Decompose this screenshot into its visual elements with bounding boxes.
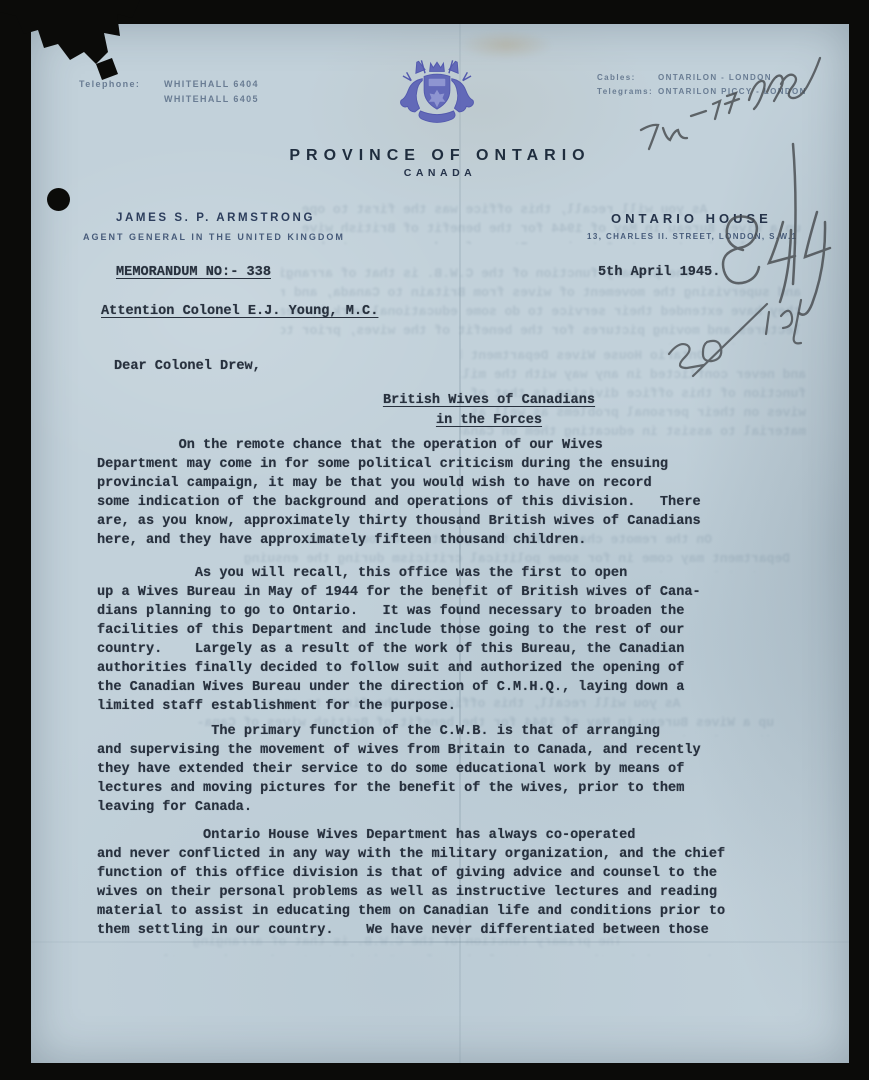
torn-corner bbox=[0, 0, 300, 140]
handwritten-note-filed bbox=[641, 58, 820, 149]
letter-page: As you will recall, this office was the … bbox=[31, 24, 849, 1063]
handwritten-note-large-numerals bbox=[723, 144, 830, 315]
pencil-annotations bbox=[31, 24, 849, 1063]
handwritten-note-lower bbox=[669, 300, 801, 376]
scanned-memorandum-photo: { "letterhead": { "telephone_label": "Te… bbox=[0, 0, 869, 1080]
